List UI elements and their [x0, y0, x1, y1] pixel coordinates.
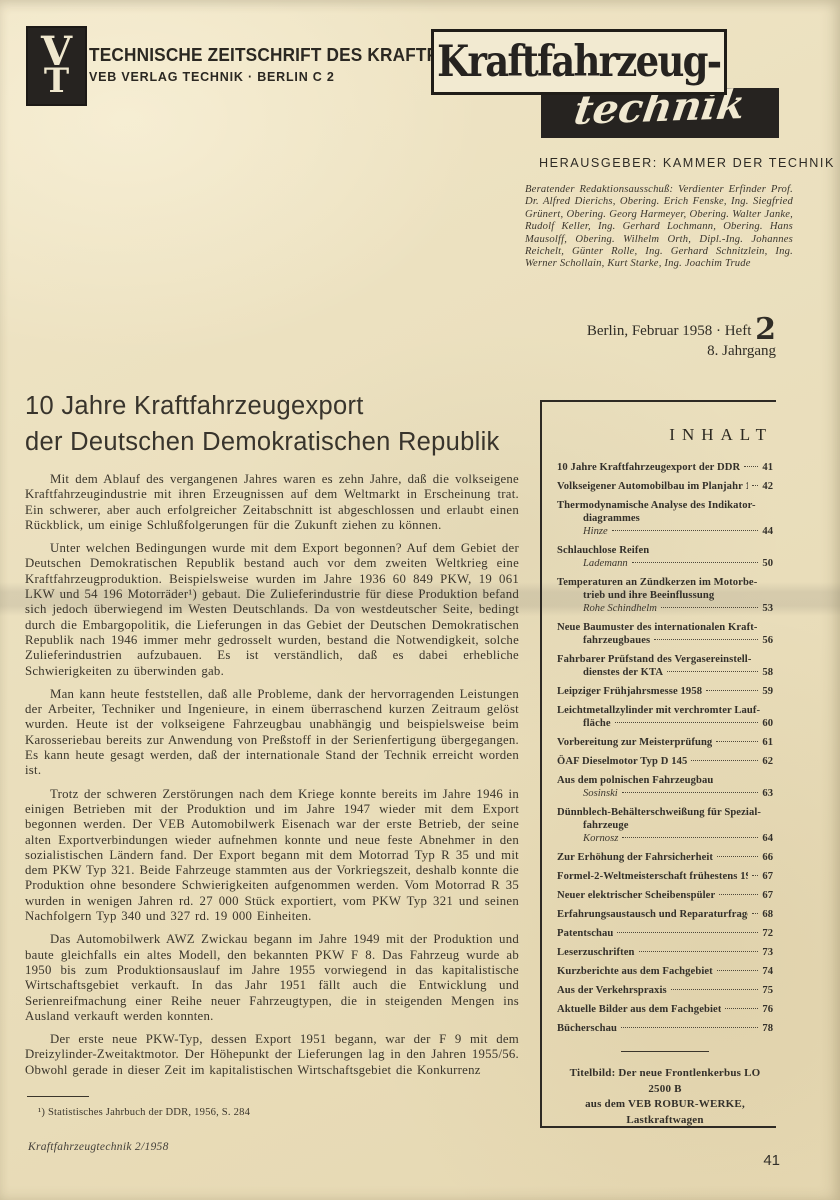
toc-leader-dots — [706, 690, 758, 691]
toc-entry-title: Temperaturen an Zündkerzen im Motorbe- — [557, 576, 773, 589]
toc-entry: Dünnblech-Behälterschweißung für Spezial… — [557, 806, 773, 845]
toc-leader-dots — [661, 607, 759, 608]
editorial-board: Beratender Redaktionsausschuß: Verdiente… — [525, 184, 793, 271]
issue-line: Berlin, Februar 1958 · Heft 2 — [540, 312, 776, 347]
journal-logo-top: Kraftfahrzeug- — [431, 29, 727, 95]
toc-entry-author: Lademann — [583, 557, 628, 570]
article-paragraph: Mit dem Ablauf des vergangenen Jahres wa… — [25, 472, 519, 533]
toc-entry: Schlauchlose ReifenLademann50 — [557, 544, 773, 570]
toc-leader-dots — [671, 989, 759, 990]
toc-leader-dots — [632, 562, 759, 563]
toc-entries: 10 Jahre Kraftfahrzeugexport der DDR41Vo… — [557, 461, 773, 1035]
toc-entry-page: 63 — [762, 787, 773, 800]
toc-heading: INHALT — [557, 425, 773, 445]
footer-journal-ref: Kraftfahrzeugtechnik 2/1958 — [28, 1141, 169, 1153]
toc-leader-dots — [691, 760, 758, 761]
titelbild-line: Titelbild: Der neue Frontlenkerbus LO 25… — [557, 1066, 773, 1097]
toc-entry-author: Kornosz — [583, 832, 618, 845]
toc-entry-page: 67 — [762, 889, 773, 902]
toc-entry: Volkseigener Automobilbau im Planjahr 19… — [557, 480, 773, 493]
toc-leader-dots — [752, 913, 758, 914]
vt-logo-letter-t: T — [44, 68, 69, 96]
toc-entry-title: Leserzuschriften — [557, 946, 635, 959]
toc-entry-title: Zur Erhöhung der Fahrsicherheit — [557, 851, 713, 864]
toc-entry: Aus dem polnischen FahrzeugbauSosinski63 — [557, 774, 773, 800]
toc-entry-page: 68 — [762, 908, 773, 921]
journal-page: V T TECHNISCHE ZEITSCHRIFT DES KRAFTFAHR… — [0, 0, 840, 1200]
toc-leader-dots — [654, 639, 758, 640]
volume-line: 8. Jahrgang — [540, 343, 776, 360]
toc-entry: Aus der Verkehrspraxis75 — [557, 984, 773, 997]
article-paragraph: Trotz der schweren Zerstörungen nach dem… — [25, 787, 519, 925]
toc-entry-title: Schlauchlose Reifen — [557, 544, 773, 557]
toc-leader-dots — [717, 970, 759, 971]
toc-entry-page: 73 — [762, 946, 773, 959]
toc-entry-page: 75 — [762, 984, 773, 997]
toc-entry-title: Kurzberichte aus dem Fachgebiet — [557, 965, 713, 978]
vt-publisher-logo: V T — [26, 26, 87, 106]
toc-entry-title: fläche — [583, 717, 611, 730]
toc-box: INHALT 10 Jahre Kraftfahrzeugexport der … — [540, 400, 776, 1128]
toc-leader-dots — [639, 951, 759, 952]
titelbild-line: aus dem VEB ROBUR-WERKE, Lastkraftwagen — [557, 1097, 773, 1128]
toc-entry-title: Patentschau — [557, 927, 613, 940]
toc-entry-title: Aus dem polnischen Fahrzeugbau — [557, 774, 773, 787]
toc-entry-title: dienstes der KTA — [583, 666, 663, 679]
toc-entry: Bücherschau78 — [557, 1022, 773, 1035]
article-paragraph: Man kann heute feststellen, daß alle Pro… — [25, 687, 519, 779]
toc-leader-dots — [752, 875, 758, 876]
main-article: 10 Jahre Kraftfahrzeugexportder Deutsche… — [25, 388, 519, 1118]
toc-entry-title: Erfahrungsaustausch und Reparaturfragen — [557, 908, 748, 921]
toc-entry-page: 62 — [762, 755, 773, 768]
titelbild-separator — [621, 1051, 709, 1052]
toc-entry-author: Rohe Schindhelm — [583, 602, 657, 615]
toc-entry-page: 58 — [762, 666, 773, 679]
toc-leader-dots — [744, 466, 758, 467]
toc-entry: Kurzberichte aus dem Fachgebiet74 — [557, 965, 773, 978]
toc-entry: Leichtmetallzylinder mit verchromter Lau… — [557, 704, 773, 730]
toc-entry-title: Formel-2-Weltmeisterschaft frühestens 19… — [557, 870, 748, 883]
toc-entry-title: Bücherschau — [557, 1022, 617, 1035]
toc-entry: Patentschau72 — [557, 927, 773, 940]
toc-entry-title: Leipziger Frühjahrsmesse 1958 — [557, 685, 702, 698]
toc-entry-title: Volkseigener Automobilbau im Planjahr 19… — [557, 480, 748, 493]
toc-entry-page: 67 — [762, 870, 773, 883]
toc-leader-dots — [617, 932, 758, 933]
toc-entry-page: 60 — [762, 717, 773, 730]
toc-entry: Vorbereitung zur Meisterprüfung61 — [557, 736, 773, 749]
article-paragraph: Der erste neue PKW-Typ, dessen Export 19… — [25, 1032, 519, 1078]
article-paragraph: Unter welchen Bedingungen wurde mit dem … — [25, 541, 519, 679]
toc-entry: ÖAF Dieselmotor Typ D 14562 — [557, 755, 773, 768]
toc-entry-page: 66 — [762, 851, 773, 864]
toc-entry-page: 56 — [762, 634, 773, 647]
toc-leader-dots — [615, 722, 759, 723]
toc-entry-page: 78 — [762, 1022, 773, 1035]
toc-entry-title: fahrzeuge — [557, 819, 773, 832]
toc-entry-title: Neuer elektrischer Scheibenspüler — [557, 889, 715, 902]
toc-entry-title: trieb und ihre Beeinflussung — [557, 589, 773, 602]
toc-entry-page: 50 — [762, 557, 773, 570]
toc-leader-dots — [717, 856, 758, 857]
toc-entry: Fahrbarer Prüfstand des Vergasereinstell… — [557, 653, 773, 679]
journal-logo-bottom: technik — [541, 88, 779, 138]
article-footnote: ¹) Statistisches Jahrbuch der DDR, 1956,… — [38, 1107, 519, 1118]
article-body: Mit dem Ablauf des vergangenen Jahres wa… — [25, 472, 519, 1078]
toc-entry-title: Fahrbarer Prüfstand des Vergasereinstell… — [557, 653, 773, 666]
footnote-rule — [27, 1096, 89, 1097]
toc-entry-page: 64 — [762, 832, 773, 845]
article-title: 10 Jahre Kraftfahrzeugexportder Deutsche… — [25, 388, 519, 460]
toc-entry-title: fahrzeugbaues — [583, 634, 650, 647]
toc-leader-dots — [716, 741, 758, 742]
toc-entry: Zur Erhöhung der Fahrsicherheit66 — [557, 851, 773, 864]
toc-entry: Neue Baumuster des internationalen Kraft… — [557, 621, 773, 647]
issue-number: 2 — [755, 312, 776, 347]
toc-entry-page: 53 — [762, 602, 773, 615]
toc-entry-title: Vorbereitung zur Meisterprüfung — [557, 736, 712, 749]
toc-leader-dots — [622, 837, 758, 838]
toc-leader-dots — [621, 1027, 758, 1028]
toc-entry-page: 42 — [762, 480, 773, 493]
toc-entry: Formel-2-Weltmeisterschaft frühestens 19… — [557, 870, 773, 883]
toc-entry-title: Thermodynamische Analyse des Indikator- — [557, 499, 773, 512]
toc-entry: Aktuelle Bilder aus dem Fachgebiet76 — [557, 1003, 773, 1016]
toc-entry: 10 Jahre Kraftfahrzeugexport der DDR41 — [557, 461, 773, 474]
toc-leader-dots — [622, 792, 759, 793]
toc-leader-dots — [719, 894, 758, 895]
issue-date: Berlin, Februar 1958 · Heft — [587, 323, 752, 339]
publisher-tagline: TECHNISCHE ZEITSCHRIFT DES KRAFTFAHRWESE… — [89, 44, 480, 66]
toc-leader-dots — [725, 1008, 758, 1009]
article-paragraph: Das Automobilwerk AWZ Zwickau begann im … — [25, 932, 519, 1024]
toc-entry-title: Aus der Verkehrspraxis — [557, 984, 667, 997]
herausgeber-line: HERAUSGEBER: KAMMER DER TECHNIK — [539, 155, 820, 170]
toc-entry-title: Aktuelle Bilder aus dem Fachgebiet — [557, 1003, 721, 1016]
toc-leader-dots — [612, 530, 759, 531]
toc-entry: Erfahrungsaustausch und Reparaturfragen6… — [557, 908, 773, 921]
toc-entry: Leserzuschriften73 — [557, 946, 773, 959]
toc-entry-page: 59 — [762, 685, 773, 698]
toc-entry-page: 76 — [762, 1003, 773, 1016]
toc-entry-title: Leichtmetallzylinder mit verchromter Lau… — [557, 704, 773, 717]
toc-leader-dots — [667, 671, 758, 672]
toc-entry: Temperaturen an Zündkerzen im Motorbe-tr… — [557, 576, 773, 615]
toc-entry-page: 61 — [762, 736, 773, 749]
toc-entry-page: 41 — [762, 461, 773, 474]
toc-entry-page: 72 — [762, 927, 773, 940]
titelbild-note: Titelbild: Der neue Frontlenkerbus LO 25… — [557, 1066, 773, 1128]
journal-logo-text-1: Kraftfahrzeug- — [437, 37, 720, 87]
toc-entry-title: 10 Jahre Kraftfahrzeugexport der DDR — [557, 461, 740, 474]
toc-entry: Thermodynamische Analyse des Indikator-d… — [557, 499, 773, 538]
publisher-address: VEB VERLAG TECHNIK · BERLIN C 2 — [89, 70, 335, 84]
toc-entry-title: Dünnblech-Behälterschweißung für Spezial… — [557, 806, 773, 819]
toc-entry-title: diagrammes — [557, 512, 773, 525]
toc-leader-dots — [752, 485, 758, 486]
toc-entry-page: 44 — [762, 525, 773, 538]
toc-entry-title: Neue Baumuster des internationalen Kraft… — [557, 621, 773, 634]
page-number: 41 — [752, 1152, 780, 1169]
toc-entry-title: ÖAF Dieselmotor Typ D 145 — [557, 755, 687, 768]
toc-entry: Leipziger Frühjahrsmesse 195859 — [557, 685, 773, 698]
toc-entry-page: 74 — [762, 965, 773, 978]
toc-entry-author: Hinze — [583, 525, 608, 538]
toc-entry: Neuer elektrischer Scheibenspüler67 — [557, 889, 773, 902]
toc-entry-author: Sosinski — [583, 787, 618, 800]
